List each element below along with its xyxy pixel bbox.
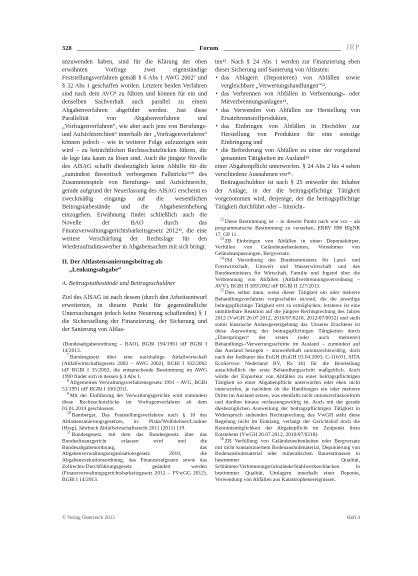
paragraph-beitragsschuldner: Beitragsschuldner ist nach § 25 entweder…: [215, 178, 360, 210]
footnote-number: 9: [67, 391, 69, 396]
footnote-number: 16: [220, 437, 224, 442]
footnote-text: ZB Einbringen von Abfällen in einen Depo…: [215, 238, 360, 257]
header-rule-left: [77, 50, 195, 51]
bullet-item: das Verbrennen von Abfällen in Verbrennu…: [215, 90, 360, 106]
footnote: 9Mit der Einführung der Verwaltungsgeric…: [62, 393, 207, 412]
section-title: Forum: [199, 45, 218, 53]
page-number: 328: [62, 45, 72, 53]
section-heading-ii: II. Der Altlastensanierungsbeitrag als „…: [62, 258, 207, 274]
footnote: 12Diese Bestimmung ist – in diesem Punkt…: [215, 218, 360, 237]
footnote-number: 12: [220, 217, 224, 222]
paragraph-ziel: Ziel des AlSAG ist nach dessen (durch de…: [62, 293, 207, 333]
journal-page: 328 Forum JRP anzuwenden haben, sind für…: [0, 0, 418, 576]
footnote: 10Bamberger, Das Feststellungsverfahren …: [62, 412, 207, 431]
subsection-heading-a: A. Beitragstatbestände und Beitragsschul…: [62, 279, 207, 287]
taetigkeiten-list: das Ablagern (Deponieren) von Abfällen s…: [215, 74, 360, 163]
journal-logo: JRP: [346, 44, 360, 53]
paragraph-continuation: anzuwenden haben, sind für die Klärung d…: [62, 58, 207, 251]
footnote-text: Diese Bestimmung ist – in diesem Punkt n…: [215, 218, 360, 237]
header-rule-right: [224, 50, 342, 51]
footnote-text: Bundesgesetz, mit dem das Bundesgesetz ü…: [62, 431, 207, 482]
footnote-text: Bamberger, Das Feststellungsverfahren na…: [62, 412, 207, 431]
footer-issue: Heft 4: [347, 515, 360, 521]
text-area: 328 Forum JRP anzuwenden haben, sind für…: [62, 42, 360, 483]
footnote-number: 13: [220, 236, 224, 241]
footnote-text: Mit der Einführung der Verwaltungsgerich…: [62, 393, 207, 412]
footnote-number: 7: [67, 353, 69, 358]
footnote: 13ZB Einbringen von Abfällen in einen De…: [215, 238, 360, 257]
paragraph-after-list: einer Abgabenpflicht unterworfen. § 24 A…: [215, 162, 360, 178]
footnote-number: 15: [220, 288, 224, 293]
footnote-number: 8: [67, 378, 69, 383]
footnote: 15Dies selbst dann, wenn dieser Tätigkei…: [215, 289, 360, 437]
footnote-number: 14: [220, 256, 224, 261]
footnote-text: Allgemeines Verwaltungsverfahrensgesetz …: [62, 380, 207, 392]
two-column-layout: anzuwenden haben, sind für die Klärung d…: [62, 58, 360, 483]
right-footnotes: 12Diese Bestimmung ist – in diesem Punkt…: [215, 218, 360, 483]
footer-copyright: © Verlag Österreich 2013: [62, 515, 115, 521]
page-footer: © Verlag Österreich 2013 Heft 4: [62, 515, 360, 521]
left-footnotes: (Bundesabgabenordnung – BAO), BGBl 194/1…: [62, 341, 207, 483]
footnote: 16ZB Verfüllung von Geländeunebenheiten …: [215, 438, 360, 483]
footnote-text: ZB Verfüllung von Geländeunebenheiten od…: [215, 438, 360, 483]
left-column: anzuwenden haben, sind für die Klärung d…: [62, 58, 207, 483]
footnote: 11Bundesgesetz, mit dem das Bundesgesetz…: [62, 431, 207, 483]
footnote: (Bundesabgabenordnung – BAO), BGBl 194/1…: [62, 341, 207, 354]
footnote-text: Bundesgesetz über eine nachhaltige Abfal…: [62, 354, 207, 379]
bullet-item: das Ablagern (Deponieren) von Abfällen s…: [215, 74, 360, 90]
footnote: 7Bundesgesetz über eine nachhaltige Abfa…: [62, 354, 207, 380]
running-head: 328 Forum JRP: [62, 42, 360, 52]
bullet-item: die Beförderung von Abfällen zu einer de…: [215, 146, 360, 162]
footnote-text: (Bundesabgabenordnung – BAO), BGBl 194/1…: [62, 341, 207, 353]
bullet-item: das Verwenden von Abfällen zur Herstellu…: [215, 106, 360, 122]
footnote-number: 10: [67, 411, 71, 416]
paragraph-intro: ten¹². Nach § 24 Abs 1 werden zur Finanz…: [215, 58, 360, 74]
footnote: 8Allgemeines Verwaltungsverfahrensgesetz…: [62, 380, 207, 393]
footnote-text: ISd Verordnung des Bundesministers für L…: [215, 257, 360, 289]
footnote-text: Dies selbst dann, wenn dieser Tätigkeit …: [215, 289, 360, 437]
bullet-item: das Einbringen von Abfällen in Hochöfen …: [215, 122, 360, 146]
footnote: 14ISd Verordnung des Bundesministers für…: [215, 257, 360, 289]
footnote-number: 11: [67, 430, 71, 435]
right-column: ten¹². Nach § 24 Abs 1 werden zur Finanz…: [215, 58, 360, 483]
